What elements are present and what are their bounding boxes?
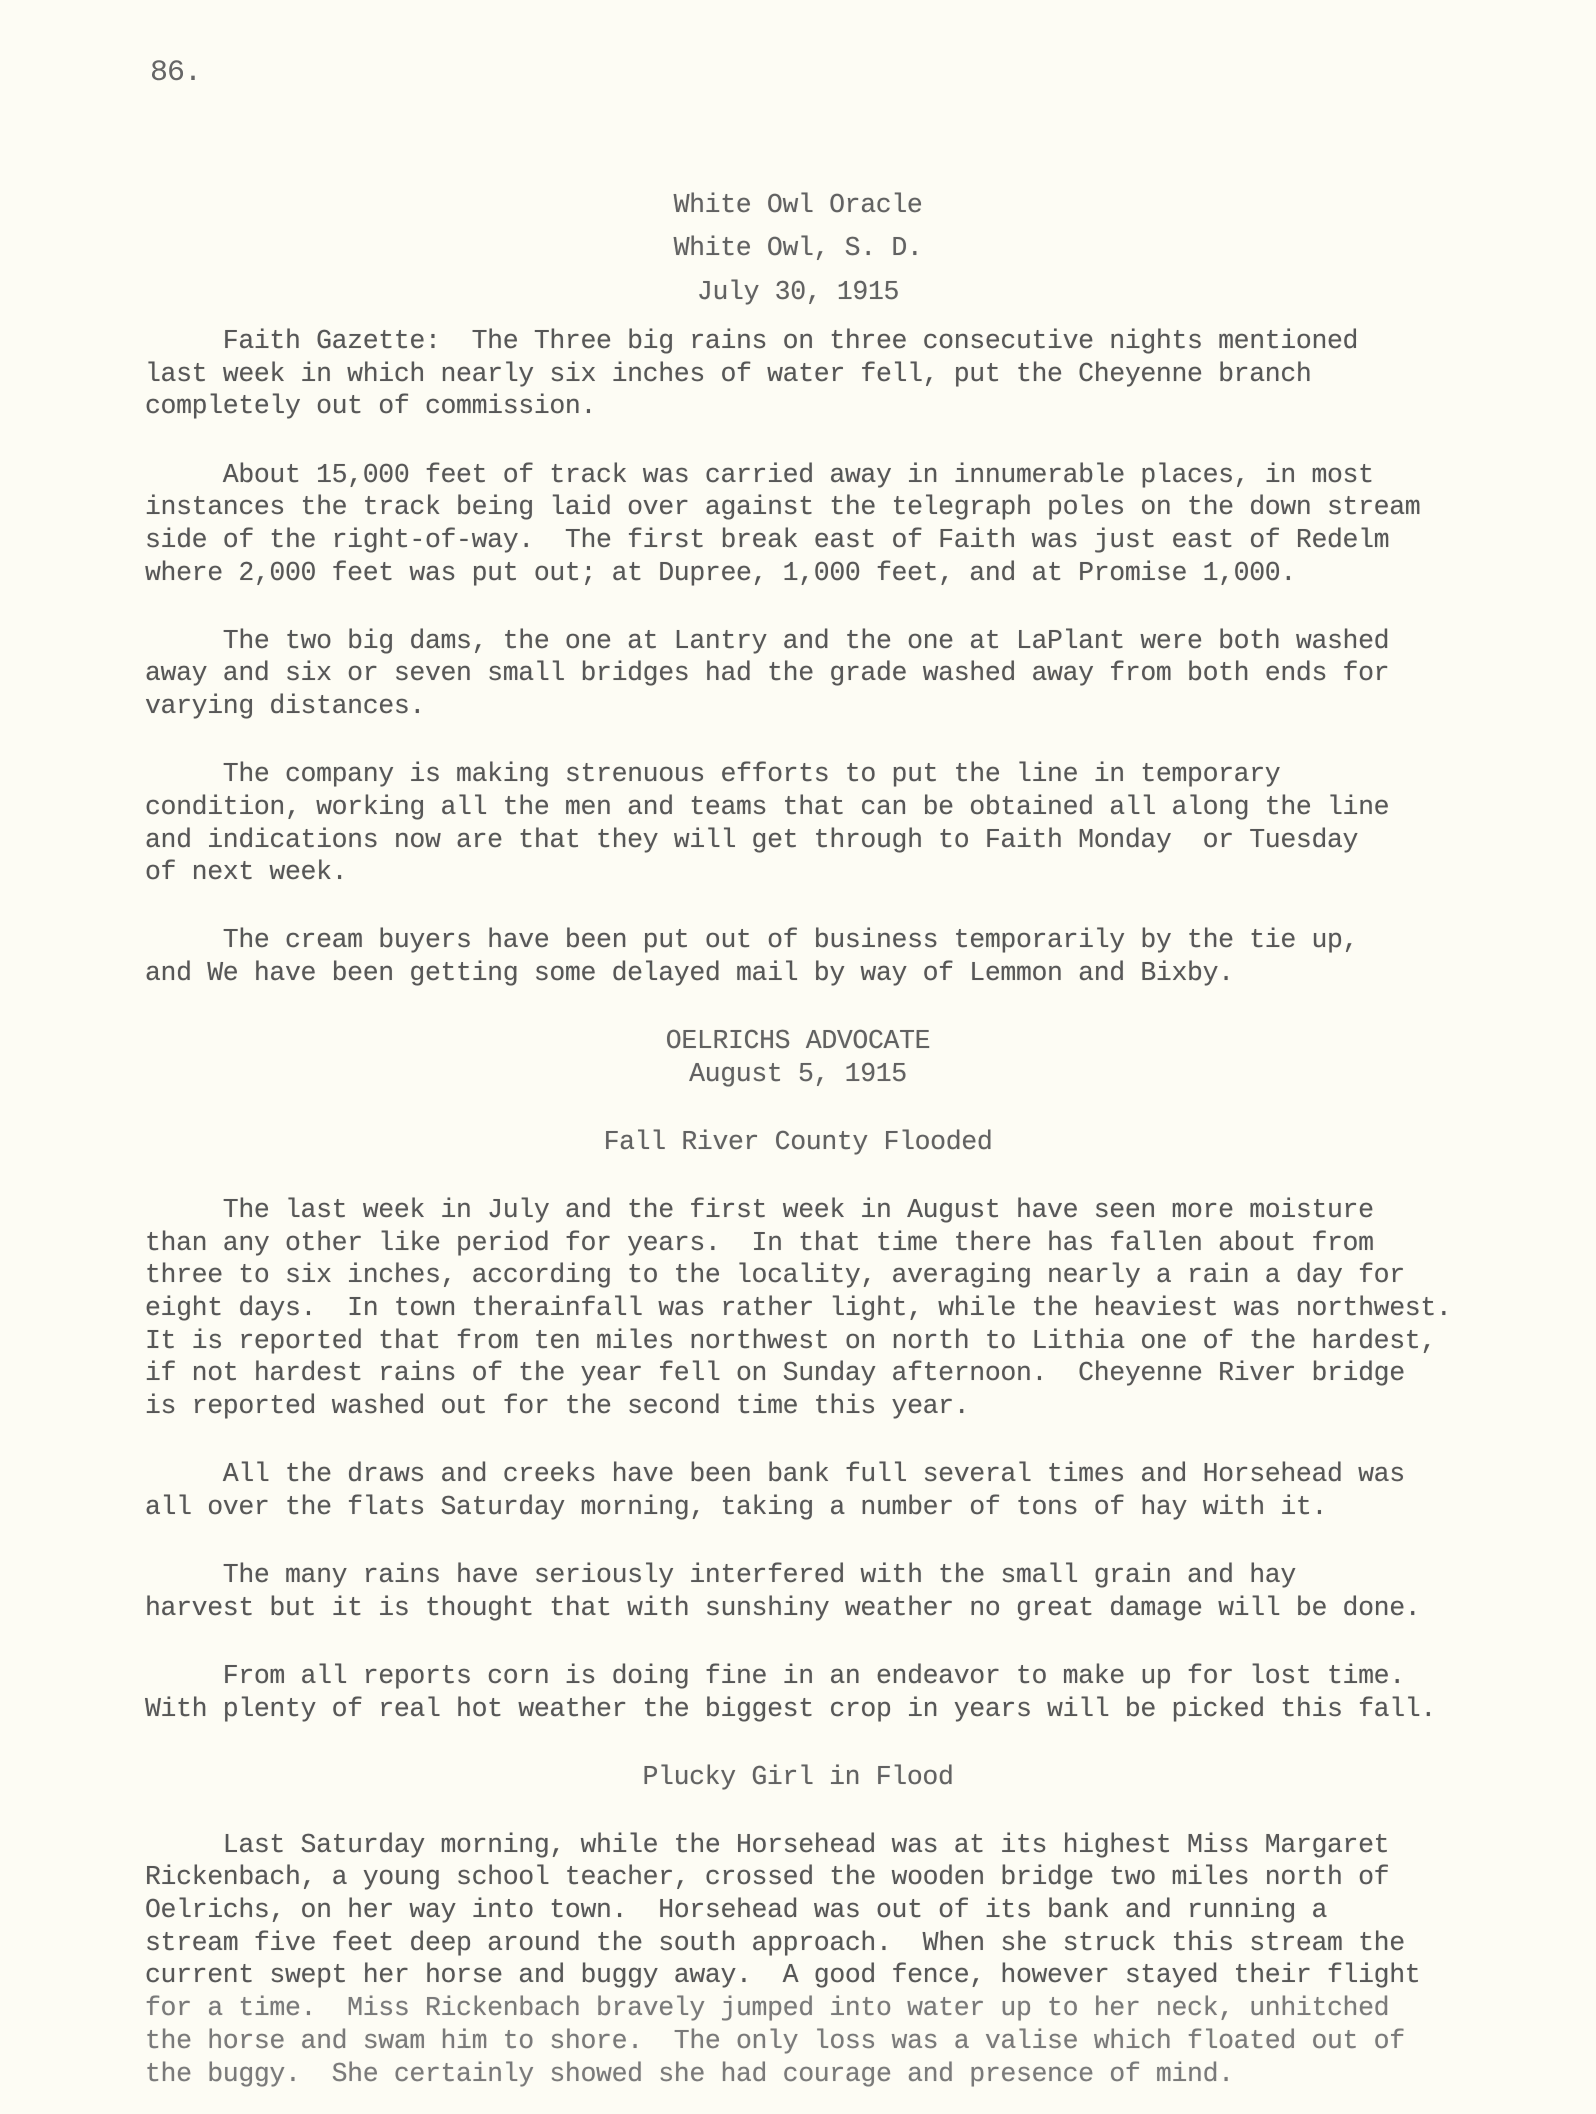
masthead-title: OELRICHS ADVOCATE: [0, 1025, 1596, 1057]
article-subheading: Plucky Girl in Flood: [0, 1761, 1596, 1793]
paragraph-line: current swept her horse and buggy away. …: [145, 1959, 1420, 1991]
paragraph-line: The last week in July and the first week…: [145, 1194, 1374, 1226]
masthead-title: White Owl Oracle: [0, 189, 1596, 221]
paragraph-line: eight days. In town therainfall was rath…: [145, 1292, 1451, 1324]
paragraph-line: the horse and swam him to shore. The onl…: [145, 2025, 1405, 2057]
paragraph-line: condition, working all the men and teams…: [145, 791, 1389, 823]
masthead-date: August 5, 1915: [0, 1058, 1596, 1090]
paragraph-line: is reported washed out for the second ti…: [145, 1390, 969, 1422]
article-subheading: Fall River County Flooded: [0, 1126, 1596, 1158]
paragraph-line: completely out of commission.: [145, 390, 596, 422]
paragraph-line: side of the right-of-way. The first brea…: [145, 524, 1389, 556]
paragraph-line: and We have been getting some delayed ma…: [145, 957, 1234, 989]
paragraph-line: of next week.: [145, 856, 347, 888]
masthead-location: White Owl, S. D.: [0, 232, 1596, 264]
paragraph-line: for a time. Miss Rickenbach bravely jump…: [145, 1992, 1389, 2024]
paragraph-line: Oelrichs, on her way into town. Horsehea…: [145, 1894, 1327, 1926]
paragraph-line: instances the track being laid over agai…: [145, 491, 1420, 523]
paragraph-line: The many rains have seriously interfered…: [145, 1559, 1296, 1591]
paragraph-line: all over the flats Saturday morning, tak…: [145, 1491, 1327, 1523]
paragraph-line: From all reports corn is doing fine in a…: [145, 1660, 1405, 1692]
paragraph-line: About 15,000 feet of track was carried a…: [145, 459, 1374, 491]
paragraph-line: harvest but it is thought that with suns…: [145, 1592, 1420, 1624]
paragraph-line: stream five feet deep around the south a…: [145, 1927, 1405, 1959]
paragraph-line: away and six or seven small bridges had …: [145, 657, 1389, 689]
paragraph-line: The two big dams, the one at Lantry and …: [145, 625, 1389, 657]
paragraph-line: It is reported that from ten miles north…: [145, 1325, 1436, 1357]
paragraph-line: last week in which nearly six inches of …: [145, 358, 1311, 390]
paragraph-line: The cream buyers have been put out of bu…: [145, 924, 1358, 956]
paragraph-line: three to six inches, according to the lo…: [145, 1259, 1405, 1291]
document-page: 86. White Owl Oracle White Owl, S. D. Ju…: [0, 0, 1596, 2114]
paragraph-line: the buggy. She certainly showed she had …: [145, 2058, 1234, 2090]
paragraph-line: The company is making strenuous efforts …: [145, 758, 1280, 790]
paragraph-line: With plenty of real hot weather the bigg…: [145, 1693, 1436, 1725]
paragraph-line: where 2,000 feet was put out; at Dupree,…: [145, 557, 1296, 589]
masthead-date: July 30, 1915: [0, 276, 1596, 308]
paragraph-line: than any other like period for years. In…: [145, 1227, 1374, 1259]
paragraph-line: All the draws and creeks have been bank …: [145, 1458, 1405, 1490]
paragraph-line: Last Saturday morning, while the Horsehe…: [145, 1829, 1389, 1861]
paragraph-line: varying distances.: [145, 690, 425, 722]
paragraph-line: if not hardest rains of the year fell on…: [145, 1357, 1405, 1389]
paragraph-line: and indications now are that they will g…: [145, 824, 1358, 856]
page-number: 86.: [150, 56, 201, 90]
paragraph-line: Rickenbach, a young school teacher, cros…: [145, 1861, 1389, 1893]
paragraph-line: Faith Gazette: The Three big rains on th…: [145, 325, 1358, 357]
